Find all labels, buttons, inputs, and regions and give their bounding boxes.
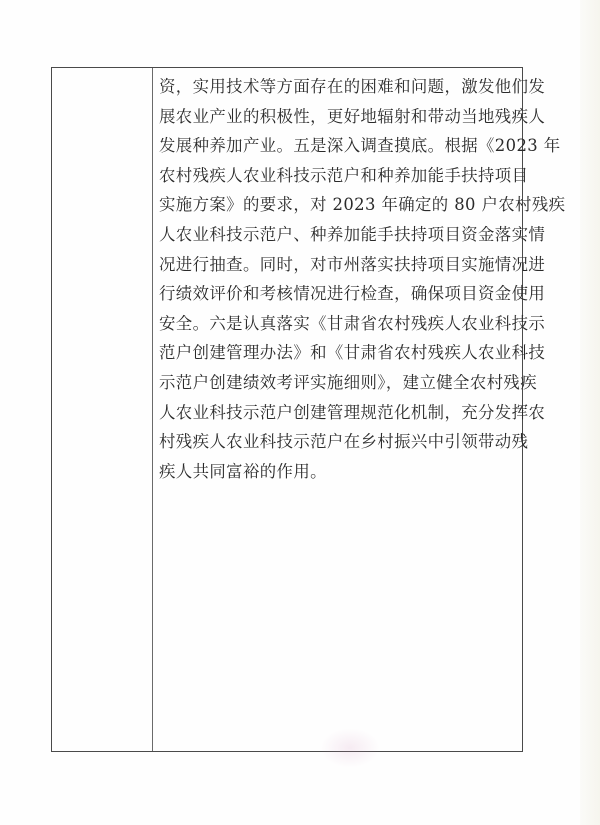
scan-edge-shade: [580, 0, 600, 825]
text-line: 安全。六是认真落实《甘肃省农村残疾人农业科技示: [159, 309, 518, 339]
text-line: 范户创建管理办法》和《甘肃省农村残疾人农业科技: [159, 338, 518, 368]
text-line: 人农业科技示范户创建管理规范化机制，充分发挥农: [159, 398, 518, 428]
text-line: 示范户创建绩效考评实施细则》，建立健全农村残疾: [159, 368, 518, 398]
faint-stamp-mark: [320, 728, 380, 768]
text-line: 疾人共同富裕的作用。: [159, 457, 518, 487]
table-content-cell: 资，实用技术等方面存在的困难和问题，激发他们发 展农业产业的积极性，更好地辐射和…: [153, 68, 522, 751]
text-line: 资，实用技术等方面存在的困难和问题，激发他们发: [159, 72, 518, 102]
text-line: 行绩效评价和考核情况进行检查，确保项目资金使用: [159, 279, 518, 309]
text-line: 展农业产业的积极性，更好地辐射和带动当地残疾人: [159, 102, 518, 132]
text-line: 村残疾人农业科技示范户在乡村振兴中引领带动残: [159, 427, 518, 457]
text-line: 发展种养加产业。五是深入调查摸底。根据《2023 年: [159, 131, 518, 161]
text-line: 农村残疾人农业科技示范户和种养加能手扶持项目: [159, 161, 518, 191]
body-paragraph: 资，实用技术等方面存在的困难和问题，激发他们发 展农业产业的积极性，更好地辐射和…: [159, 72, 518, 486]
text-line: 人农业科技示范户、种养加能手扶持项目资金落实情: [159, 220, 518, 250]
table-label-cell: [52, 68, 153, 751]
form-table: 资，实用技术等方面存在的困难和问题，激发他们发 展农业产业的积极性，更好地辐射和…: [51, 67, 523, 752]
text-line: 况进行抽查。同时，对市州落实扶持项目实施情况进: [159, 250, 518, 280]
text-line: 实施方案》的要求，对 2023 年确定的 80 户农村残疾: [159, 190, 518, 220]
scanned-document-page: 资，实用技术等方面存在的困难和问题，激发他们发 展农业产业的积极性，更好地辐射和…: [0, 0, 600, 825]
